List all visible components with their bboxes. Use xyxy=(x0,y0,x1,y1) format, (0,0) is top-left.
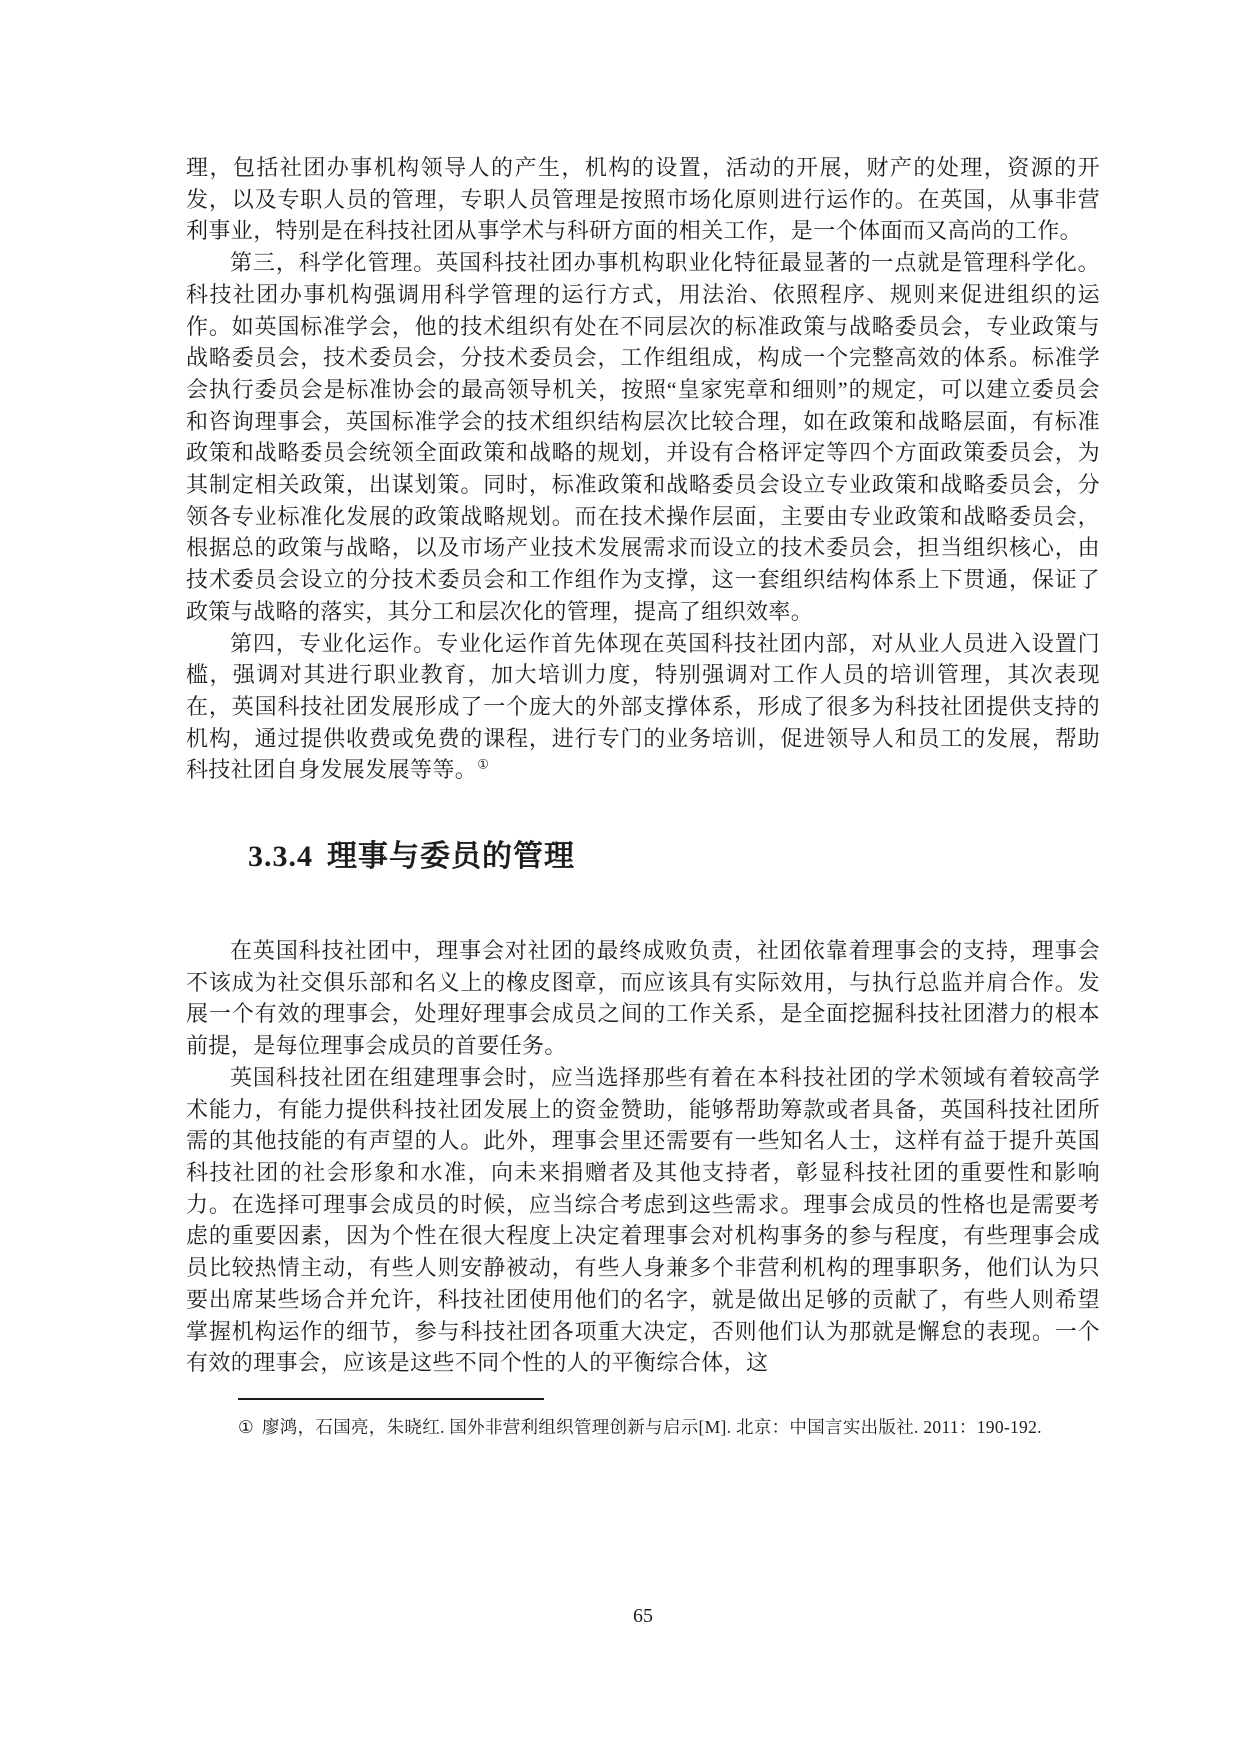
footnote: ①廖鸿，石国亮，朱晓红. 国外非营利组织管理创新与启示[M]. 北京：中国言实出… xyxy=(238,1408,1056,1447)
paragraph-board-responsibility: 在英国科技社团中，理事会对社团的最终成败负责，社团依靠着理事会的支持，理事会不该… xyxy=(186,935,1100,1062)
footnote-area: ①廖鸿，石国亮，朱晓红. 国外非营利组织管理创新与启示[M]. 北京：中国言实出… xyxy=(186,1398,1100,1447)
section-title: 理事与委员的管理 xyxy=(327,840,575,873)
paragraph-continued-from-previous-page: 理，包括社团办事机构领导人的产生，机构的设置，活动的开展，财产的处理，资源的开发… xyxy=(186,152,1100,247)
footnote-text: 廖鸿，石国亮，朱晓红. 国外非营利组织管理创新与启示[M]. 北京：中国言实出版… xyxy=(262,1417,1042,1437)
paragraph-board-member-selection: 英国科技社团在组建理事会时，应当选择那些有着在本科技社团的学术领域有着较高学术能… xyxy=(186,1062,1100,1379)
document-page: 理，包括社团办事机构领导人的产生，机构的设置，活动的开展，财产的处理，资源的开发… xyxy=(0,0,1240,1753)
footnote-marker: ① xyxy=(238,1417,254,1437)
paragraph-third-point: 第三，科学化管理。英国科技社团办事机构职业化特征最显著的一点就是管理科学化。科技… xyxy=(186,247,1100,627)
footnote-reference-superscript: ① xyxy=(477,757,489,772)
section-number: 3.3.4 xyxy=(248,840,313,873)
paragraph-fourth-point-text: 第四，专业化运作。专业化运作首先体现在英国科技社团内部，对从业人员进入设置门槛，… xyxy=(186,631,1100,783)
section-heading: 3.3.4理事与委员的管理 xyxy=(248,839,1100,875)
text-block: 理，包括社团办事机构领导人的产生，机构的设置，活动的开展，财产的处理，资源的开发… xyxy=(186,152,1100,1447)
paragraph-fourth-point: 第四，专业化运作。专业化运作首先体现在英国科技社团内部，对从业人员进入设置门槛，… xyxy=(186,628,1100,787)
page-number: 65 xyxy=(186,1605,1100,1628)
footnote-separator-rule xyxy=(238,1398,544,1400)
